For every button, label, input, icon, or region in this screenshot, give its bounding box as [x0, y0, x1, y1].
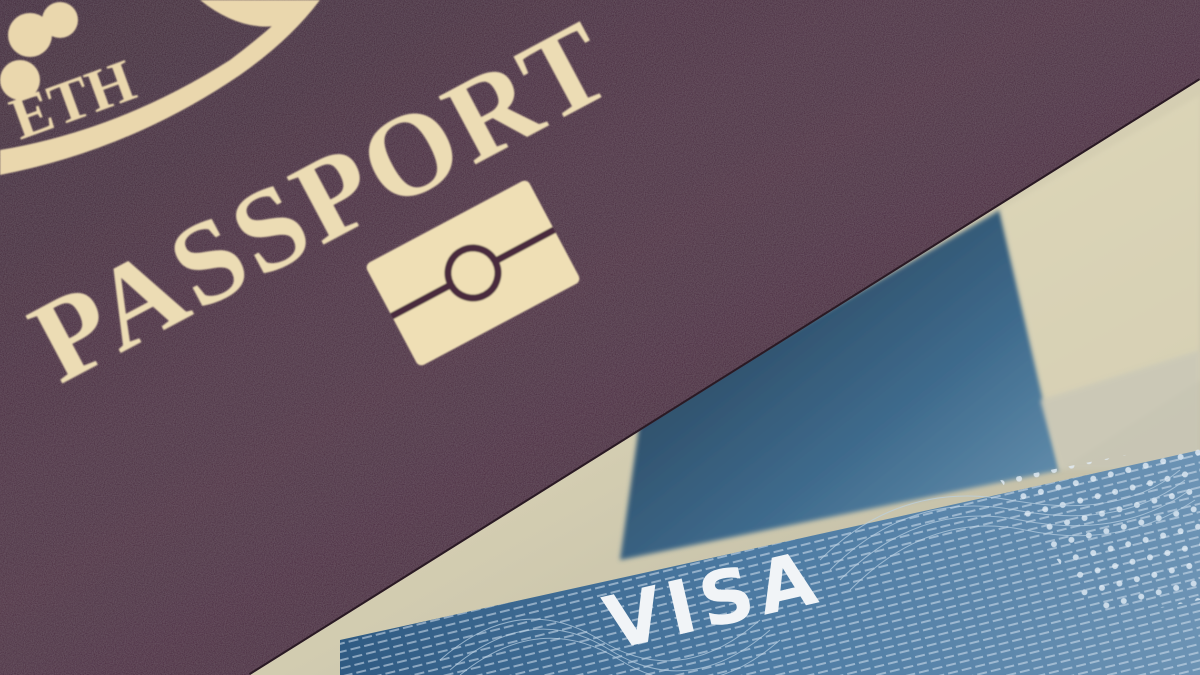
passport-visa-photo: VISA ETH PASSPORT: [0, 0, 1200, 675]
photo-canvas: VISA ETH PASSPORT: [0, 0, 1200, 675]
